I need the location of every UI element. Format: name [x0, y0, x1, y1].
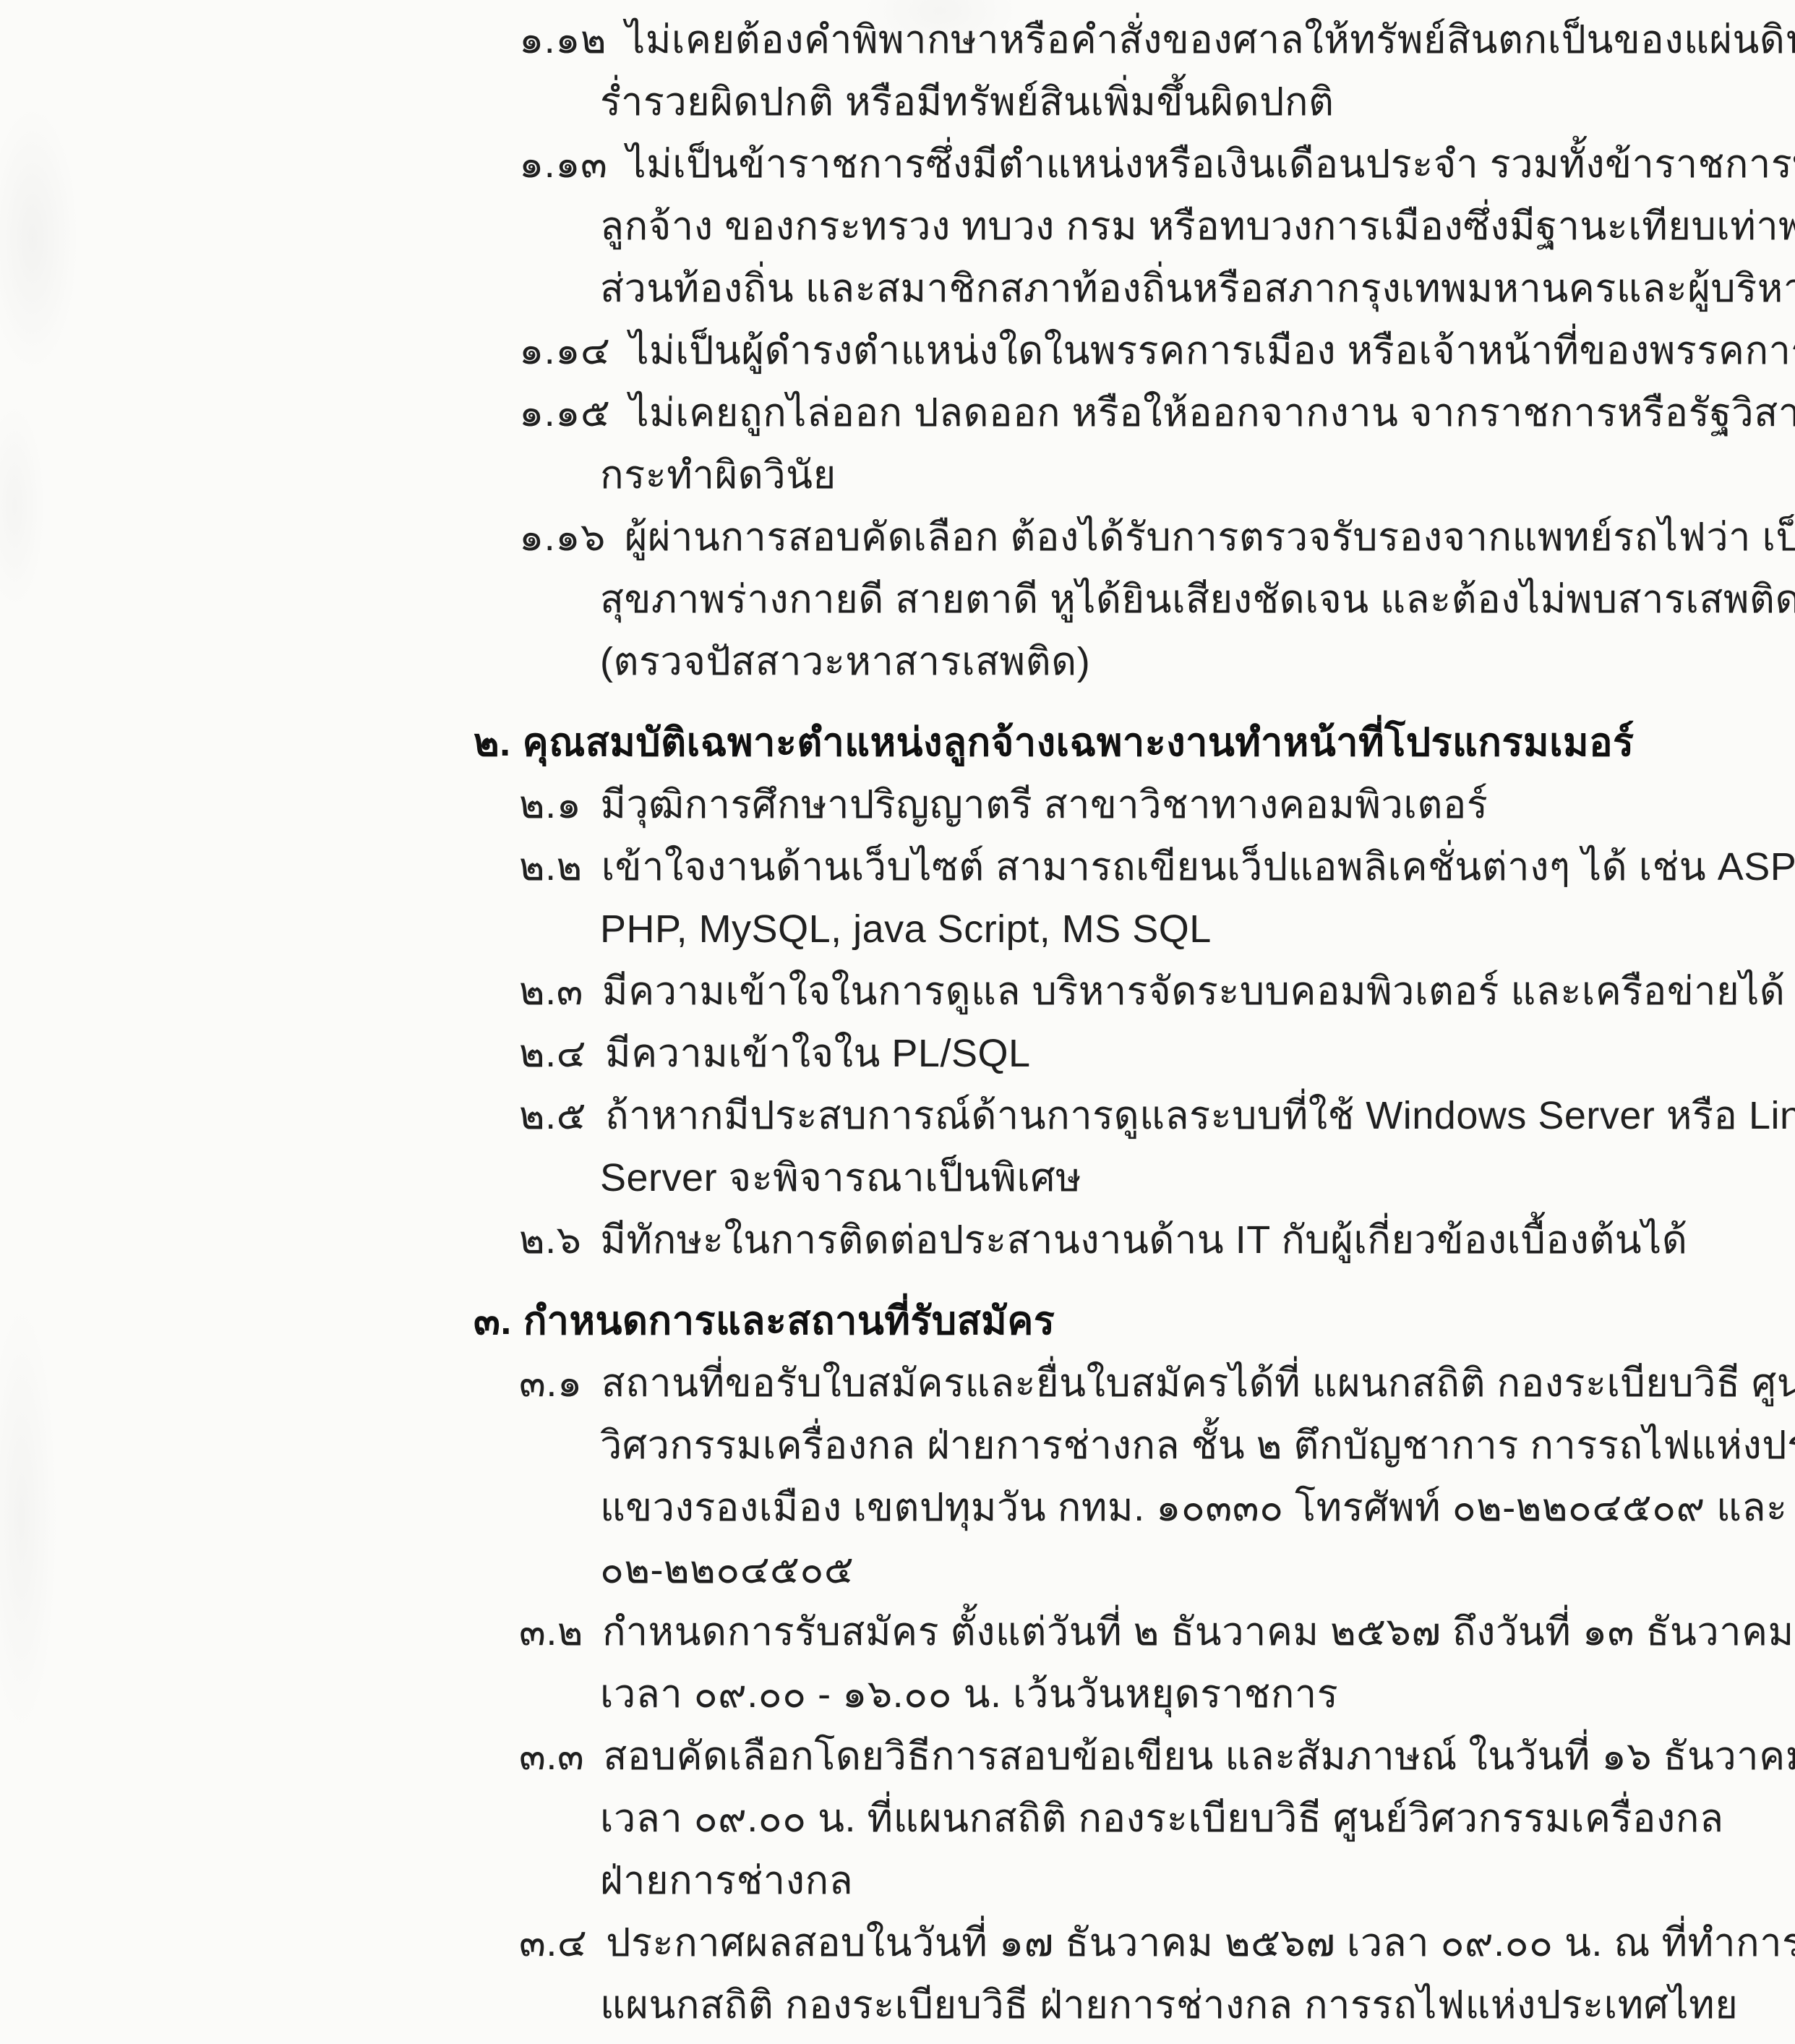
- item-number: ๑.๑๔: [519, 320, 610, 382]
- section-number: ๓.: [474, 1290, 512, 1352]
- item-number: ๒.๕: [519, 1085, 586, 1147]
- item-text: เข้าใจงานด้านเว็บไซต์ สามารถเขียนเว็ปแอพ…: [601, 845, 1795, 889]
- item-number: ๒.๔: [519, 1022, 586, 1085]
- item-number: ๓.๔: [519, 1912, 587, 1974]
- list-item-continuation-line: ฝ่ายการช่างกล: [0, 1850, 1795, 1912]
- item-text: ผู้ผ่านการสอบคัดเลือก ต้องได้รับการตรวจร…: [625, 516, 1795, 559]
- section-heading: ๒.คุณสมบัติเฉพาะตำแหน่งลูกจ้างเฉพาะงานทำ…: [0, 711, 1795, 774]
- list-item-line: ๑.๑๓ไม่เป็นข้าราชการซึ่งมีตำแหน่งหรือเงิ…: [0, 133, 1795, 195]
- item-number: ๑.๑๒: [519, 9, 607, 71]
- list-item-line: ๓.๑สถานที่ขอรับใบสมัครและยื่นใบสมัครได้ท…: [0, 1352, 1795, 1414]
- list-item-line: ๒.๓มีความเข้าใจในการดูแล บริหารจัดระบบคอ…: [0, 960, 1795, 1022]
- list-item-line: ๑.๑๖ผู้ผ่านการสอบคัดเลือก ต้องได้รับการต…: [0, 506, 1795, 568]
- item-text: สถานที่ขอรับใบสมัครและยื่นใบสมัครได้ที่ …: [601, 1361, 1795, 1405]
- list-item-continuation-line: สุขภาพร่างกายดี สายตาดี หูได้ยินเสียงชัด…: [0, 568, 1795, 630]
- list-item-continuation-line: กระทำผิดวินัย: [0, 444, 1795, 506]
- section-heading-text: กำหนดการและสถานที่รับสมัคร: [523, 1299, 1055, 1343]
- list-item-line: ๒.๕ถ้าหากมีประสบการณ์ด้านการดูแลระบบที่ใ…: [0, 1085, 1795, 1147]
- item-text: มีทักษะในการติดต่อประสานงานด้าน IT กับผู…: [600, 1218, 1687, 1262]
- item-text: ประกาศผลสอบในวันที่ ๑๗ ธันวาคม ๒๕๖๗ เวลา…: [606, 1921, 1795, 1964]
- list-item-line: ๓.๒กำหนดการรับสมัคร ตั้งแต่วันที่ ๒ ธันว…: [0, 1601, 1795, 1663]
- list-item-continuation-line: เวลา ๐๙.๐๐ - ๑๖.๐๐ น. เว้นวันหยุดราชการ: [0, 1663, 1795, 1725]
- section-heading-text: คุณสมบัติเฉพาะตำแหน่งลูกจ้างเฉพาะงานทำหน…: [523, 721, 1635, 764]
- list-item-continuation-line: ๐๒-๒๒๐๔๕๐๕: [0, 1539, 1795, 1601]
- item-text: ไม่เป็นผู้ดำรงตำแหน่งใดในพรรคการเมือง หร…: [629, 329, 1795, 372]
- list-item-continuation-line: ลูกจ้าง ของกระทรวง ทบวง กรม หรือทบวงการเ…: [0, 195, 1795, 257]
- list-item-line: ๒.๖มีทักษะในการติดต่อประสานงานด้าน IT กั…: [0, 1209, 1795, 1271]
- item-number: ๑.๑๕: [519, 382, 610, 444]
- item-number: ๒.๓: [519, 960, 583, 1022]
- list-item-line: ๓.๔ประกาศผลสอบในวันที่ ๑๗ ธันวาคม ๒๕๖๗ เ…: [0, 1912, 1795, 1974]
- document-content: ๑.๑๒ไม่เคยต้องคำพิพากษาหรือคำสั่งของศาลใ…: [0, 9, 1795, 2036]
- item-number: ๓.๒: [519, 1601, 583, 1663]
- list-item-continuation-line: (ตรวจปัสสาวะหาสารเสพติด): [0, 630, 1795, 693]
- item-text: มีความเข้าใจในการดูแล บริหารจัดระบบคอมพิ…: [602, 970, 1785, 1013]
- list-item-line: ๒.๔มีความเข้าใจใน PL/SQL: [0, 1022, 1795, 1085]
- list-item-line: ๑.๑๕ไม่เคยถูกไล่ออก ปลดออก หรือให้ออกจาก…: [0, 382, 1795, 444]
- item-text: ไม่เคยถูกไล่ออก ปลดออก หรือให้ออกจากงาน …: [629, 391, 1795, 435]
- list-item-continuation-line: วิศวกรรมเครื่องกล ฝ่ายการช่างกล ชั้น ๒ ต…: [0, 1414, 1795, 1476]
- item-text: กำหนดการรับสมัคร ตั้งแต่วันที่ ๒ ธันวาคม…: [602, 1610, 1795, 1654]
- item-number: ๑.๑๓: [519, 133, 607, 195]
- list-item-continuation-line: PHP, MySQL, java Script, MS SQL: [0, 898, 1795, 960]
- list-item-line: ๑.๑๔ไม่เป็นผู้ดำรงตำแหน่งใดในพรรคการเมือ…: [0, 320, 1795, 382]
- item-text: สอบคัดเลือกโดยวิธีการสอบข้อเขียน และสัมภ…: [603, 1735, 1795, 1778]
- section-number: ๒.: [474, 711, 511, 774]
- item-text: มีวุฒิการศึกษาปริญญาตรี สาขาวิชาทางคอมพิ…: [600, 783, 1488, 826]
- item-number: ๓.๑: [519, 1352, 583, 1414]
- document-page: ๑.๑๒ไม่เคยต้องคำพิพากษาหรือคำสั่งของศาลใ…: [0, 0, 1795, 2044]
- item-number: ๑.๑๖: [519, 506, 606, 568]
- item-text: มีความเข้าใจใน PL/SQL: [605, 1032, 1031, 1075]
- list-item-continuation-line: Server จะพิจารณาเป็นพิเศษ: [0, 1147, 1795, 1209]
- list-item-line: ๑.๑๒ไม่เคยต้องคำพิพากษาหรือคำสั่งของศาลใ…: [0, 9, 1795, 71]
- list-item-line: ๒.๑มีวุฒิการศึกษาปริญญาตรี สาขาวิชาทางคอ…: [0, 774, 1795, 836]
- list-item-continuation-line: เวลา ๐๙.๐๐ น. ที่แผนกสถิติ กองระเบียบวิธ…: [0, 1787, 1795, 1850]
- item-number: ๒.๖: [519, 1209, 581, 1271]
- item-number: ๒.๒: [519, 836, 583, 898]
- item-number: ๒.๑: [519, 774, 581, 836]
- list-item-continuation-line: แขวงรองเมือง เขตปทุมวัน กทม. ๑๐๓๓๐ โทรศั…: [0, 1476, 1795, 1539]
- list-item-continuation-line: ส่วนท้องถิ่น และสมาชิกสภาท้องถิ่นหรือสภา…: [0, 257, 1795, 320]
- item-text: ไม่เคยต้องคำพิพากษาหรือคำสั่งของศาลให้ทร…: [625, 18, 1795, 61]
- item-number: ๓.๓: [519, 1725, 584, 1787]
- list-item-continuation-line: ร่ำรวยผิดปกติ หรือมีทรัพย์สินเพิ่มขึ้นผิ…: [0, 71, 1795, 133]
- list-item-line: ๓.๓สอบคัดเลือกโดยวิธีการสอบข้อเขียน และส…: [0, 1725, 1795, 1787]
- item-text: ไม่เป็นข้าราชการซึ่งมีตำแหน่งหรือเงินเดื…: [626, 142, 1795, 186]
- section-heading: ๓.กำหนดการและสถานที่รับสมัคร: [0, 1290, 1795, 1352]
- list-item-continuation-line: แผนกสถิติ กองระเบียบวิธี ฝ่ายการช่างกล ก…: [0, 1974, 1795, 2036]
- list-item-line: ๒.๒เข้าใจงานด้านเว็บไซต์ สามารถเขียนเว็ป…: [0, 836, 1795, 898]
- item-text: ถ้าหากมีประสบการณ์ด้านการดูแลระบบที่ใช้ …: [605, 1094, 1795, 1137]
